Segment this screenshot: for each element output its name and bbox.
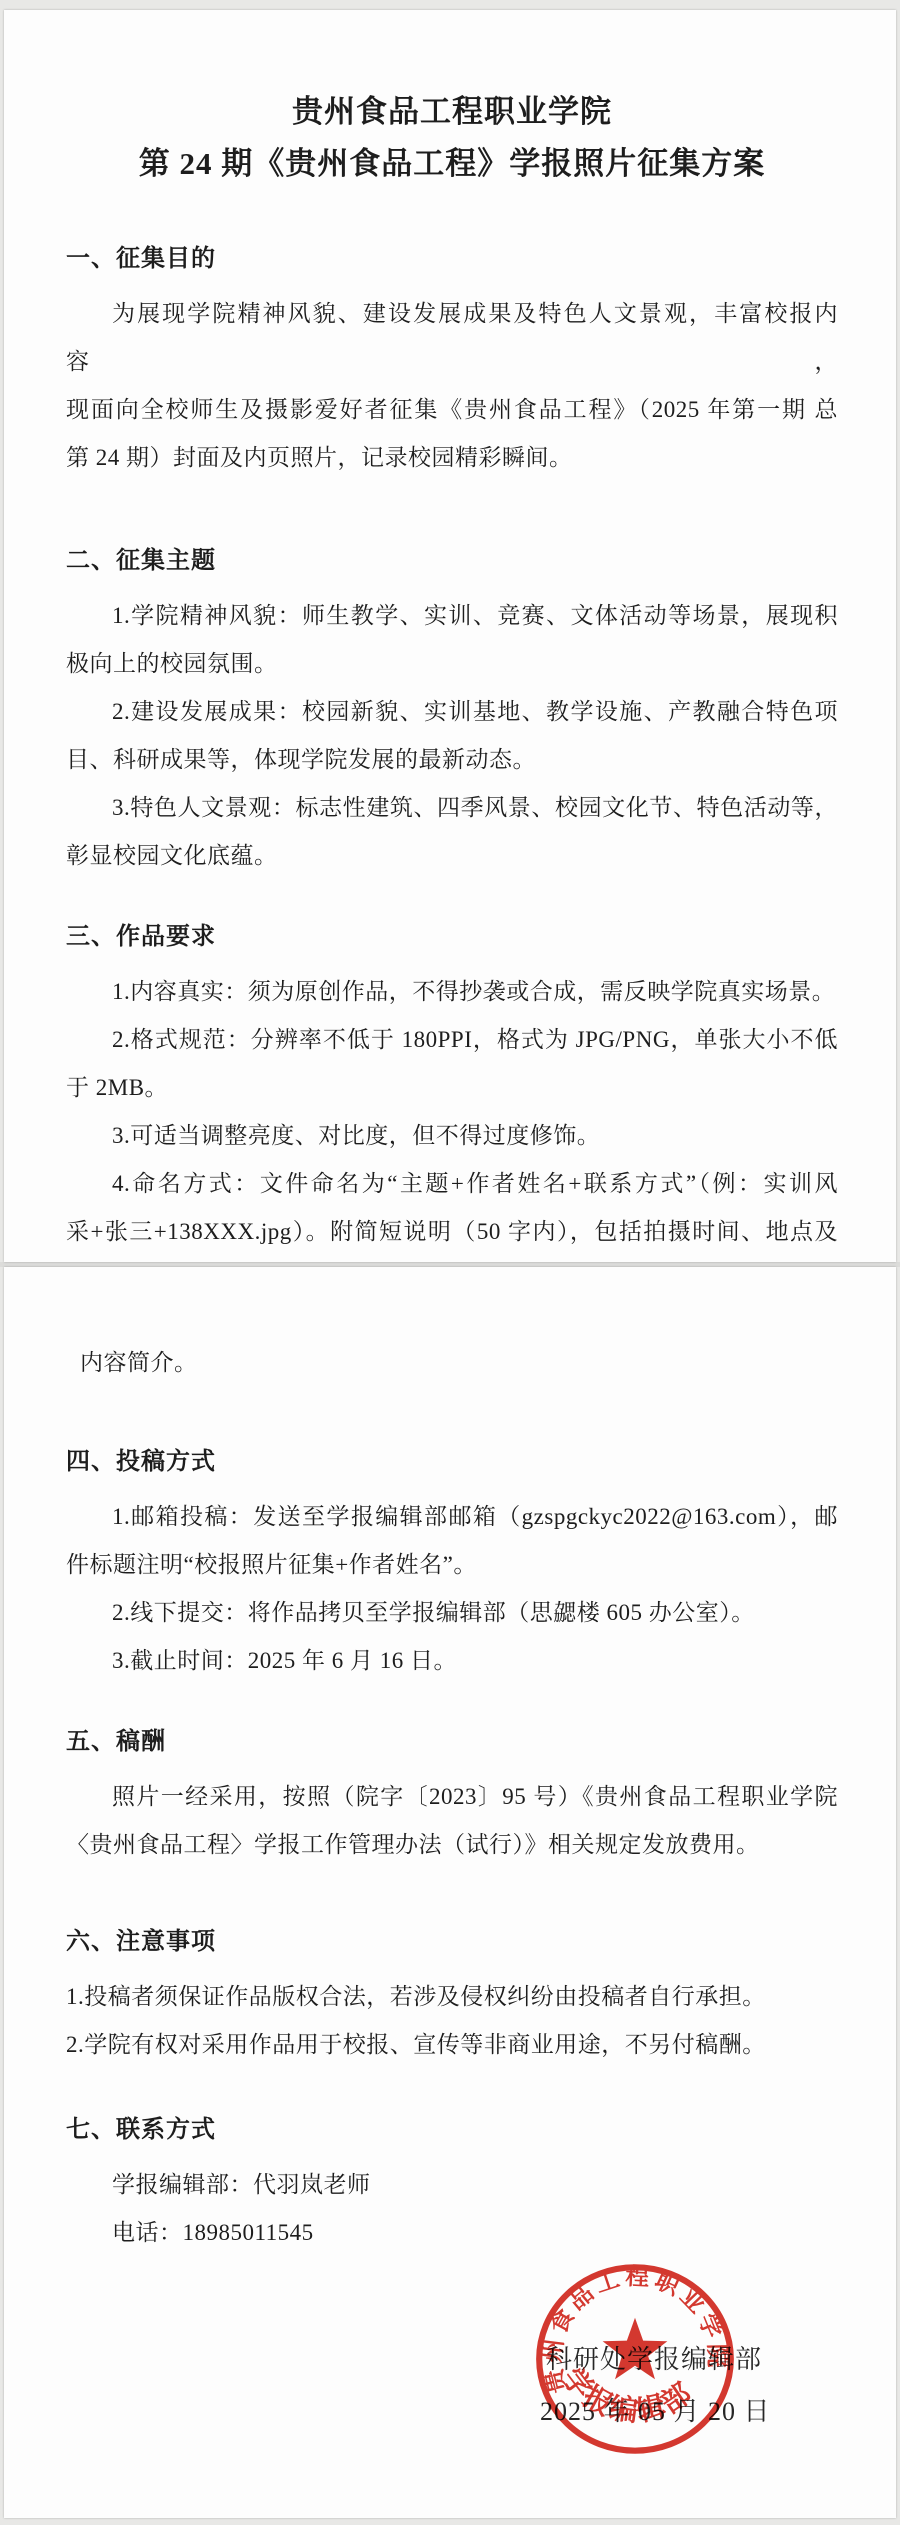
doc-line: 极向上的校园氛围。 bbox=[66, 640, 838, 688]
doc-line: 目、科研成果等，体现学院发展的最新动态。 bbox=[66, 736, 838, 784]
doc-line: 学报编辑部：代羽岚老师 bbox=[66, 2161, 838, 2209]
seal-star-icon bbox=[603, 2318, 668, 2379]
doc-line: 第 24 期）封面及内页照片，记录校园精彩瞬间。 bbox=[66, 434, 838, 482]
doc-line: 3.截止时间：2025 年 6 月 16 日。 bbox=[66, 1637, 838, 1685]
section-heading-submission-methods: 四、投稿方式 bbox=[66, 1445, 838, 1479]
section-heading-contact: 七、联系方式 bbox=[66, 2113, 838, 2147]
doc-line: 1.学院精神风貌：师生教学、实训、竞赛、文体活动等场景，展现积 bbox=[66, 592, 838, 640]
doc-line: 件标题注明“校报照片征集+作者姓名”。 bbox=[66, 1541, 838, 1589]
doc-line: 4.命名方式：文件命名为“主题+作者姓名+联系方式”（例：实训风 bbox=[66, 1160, 838, 1208]
seal-bottom-text: 学报编辑部 bbox=[556, 2362, 699, 2428]
doc-line: 于 2MB。 bbox=[66, 1064, 838, 1112]
section-heading-notes: 六、注意事项 bbox=[66, 1925, 838, 1959]
doc-line: 2.格式规范：分辨率不低于 180PPI，格式为 JPG/PNG，单张大小不低 bbox=[66, 1016, 838, 1064]
section-heading-work-requirements: 三、作品要求 bbox=[66, 920, 838, 954]
doc-line: 〈贵州食品工程〉学报工作管理办法（试行）》相关规定发放费用。 bbox=[66, 1821, 838, 1869]
doc-line: 现面向全校师生及摄影爱好者征集《贵州食品工程》（2025 年第一期 总 bbox=[66, 386, 838, 434]
section-heading-collection-purpose: 一、征集目的 bbox=[66, 242, 838, 276]
doc-line: 3.可适当调整亮度、对比度，但不得过度修饰。 bbox=[66, 1112, 838, 1160]
document-page-2: 内容简介。 四、投稿方式 1.邮箱投稿：发送至学报编辑部邮箱（gzspgckyc… bbox=[4, 1267, 896, 2518]
official-seal: 贵州食品工程职业学院 学报编辑部 bbox=[532, 2261, 738, 2457]
document-page-1: 贵州食品工程职业学院 第 24 期《贵州食品工程》学报照片征集方案 一、征集目的… bbox=[4, 10, 896, 1262]
svg-text:学报编辑部: 学报编辑部 bbox=[556, 2362, 699, 2428]
section-heading-remuneration: 五、稿酬 bbox=[66, 1725, 838, 1759]
doc-line: 电话：18985011545 bbox=[66, 2209, 838, 2257]
doc-line: 3.特色人文景观：标志性建筑、四季风景、校园文化节、特色活动等， bbox=[66, 784, 838, 832]
doc-line: 2.线下提交：将作品拷贝至学报编辑部（思勰楼 605 办公室）。 bbox=[66, 1589, 838, 1637]
section-heading-collection-themes: 二、征集主题 bbox=[66, 544, 838, 578]
doc-line: 2.建设发展成果：校园新貌、实训基地、教学设施、产教融合特色项 bbox=[66, 688, 838, 736]
doc-title-line-1: 贵州食品工程职业学院 bbox=[66, 10, 838, 138]
doc-line: 1.内容真实：须为原创作品，不得抄袭或合成，需反映学院真实场景。 bbox=[66, 968, 838, 1016]
page-background-strip bbox=[0, 0, 900, 10]
doc-line: 1.投稿者须保证作品版权合法，若涉及侵权纠纷由投稿者自行承担。 bbox=[66, 1973, 838, 2021]
doc-line: 1.邮箱投稿：发送至学报编辑部邮箱（gzspgckyc2022@163.com）… bbox=[66, 1493, 838, 1541]
doc-line: 采+张三+138XXX.jpg）。附简短说明（50 字内），包括拍摄时间、地点及 bbox=[66, 1208, 838, 1256]
doc-line: 照片一经采用，按照（院字〔2023〕95 号）《贵州食品工程职业学院 bbox=[66, 1773, 838, 1821]
doc-title-line-2: 第 24 期《贵州食品工程》学报照片征集方案 bbox=[66, 138, 838, 190]
doc-line: 为展现学院精神风貌、建设发展成果及特色人文景观，丰富校报内容， bbox=[66, 290, 838, 386]
doc-line: 内容简介。 bbox=[66, 1339, 838, 1387]
doc-line: 彰显校园文化底蕴。 bbox=[66, 832, 838, 880]
page-background-strip bbox=[0, 2518, 900, 2525]
doc-line: 2.学院有权对采用作品用于校报、宣传等非商业用途，不另付稿酬。 bbox=[66, 2021, 838, 2069]
